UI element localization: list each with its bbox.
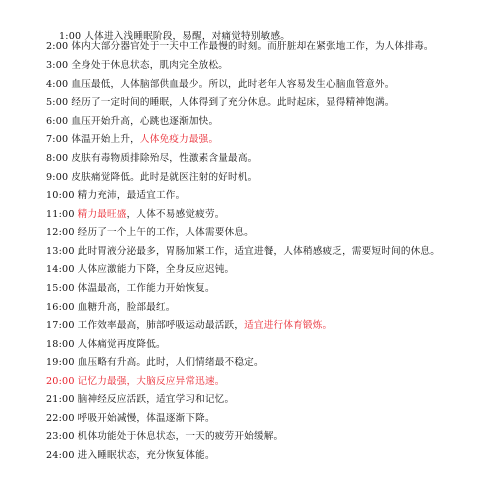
entry-text: 体温最高，工作能力开始恢复。 — [78, 283, 215, 294]
entry-time: 12:00 — [46, 227, 75, 238]
entry-23: 23:00机体功能处于休息状态，一天的疲劳开始缓解。 — [46, 431, 283, 443]
entry-8: 8:00皮肤有毒物质排除殆尽，性激素含量最高。 — [46, 153, 257, 165]
entry-16: 16:00血糖升高，脸部最红。 — [46, 302, 176, 314]
document-page: 1:00人体进入浅睡眠阶段，易醒，对痛觉特别敏感。 2:00体内大部分器官处于一… — [0, 0, 495, 495]
entry-text: 脑神经反应活跃，适宜学习和记忆。 — [78, 394, 235, 405]
entry-text: 全身处于休息状态，肌肉完全放松。 — [71, 60, 228, 71]
highlight-text: 人体免疫力最强。 — [140, 134, 218, 145]
entry-21: 21:00脑神经反应活跃，适宜学习和记忆。 — [46, 394, 234, 406]
entry-text: 人体应激能力下降，全身反应迟钝。 — [78, 264, 235, 275]
entry-text: 血压略有升高。此时，人们情绪最不稳定。 — [78, 357, 264, 368]
entry-time: 14:00 — [46, 264, 75, 275]
entry-time: 10:00 — [46, 190, 75, 201]
highlight-text: 适宜进行体育锻炼。 — [244, 320, 332, 331]
entry-15: 15:00体温最高，工作能力开始恢复。 — [46, 283, 215, 295]
entry-text: 血压开始升高，心跳也逐渐加快。 — [71, 116, 218, 127]
entry-text: 经历了一个上午的工作，人体需要休息。 — [78, 227, 254, 238]
entry-text: 工作效率最高，肺部呼吸运动最活跃， — [78, 320, 245, 331]
entry-text: 人体痛觉再度降低。 — [78, 339, 166, 350]
entry-time: 23:00 — [46, 431, 75, 442]
entry-time: 3:00 — [46, 60, 68, 71]
entry-20: 20:00记忆力最强，大脑反应异常迅速。 — [46, 376, 225, 388]
entry-time: 5:00 — [46, 97, 68, 108]
entry-time: 7:00 — [46, 134, 68, 145]
entry-10: 10:00精力充沛，最适宜工作。 — [46, 190, 185, 202]
entry-text: 皮肤有毒物质排除殆尽，性激素含量最高。 — [71, 153, 257, 164]
entry-11: 11:00精力最旺盛，人体不易感觉疲劳。 — [46, 209, 225, 221]
entry-5: 5:00经历了一定时间的睡眠，人体得到了充分休息。此时起床，显得精神饱满。 — [46, 97, 395, 109]
entry-9: 9:00皮肤痛觉降低。此时是就医注射的好时机。 — [46, 172, 257, 184]
entry-text: 精力充沛，最适宜工作。 — [78, 190, 186, 201]
highlight-text: 记忆力最强，大脑反应异常迅速。 — [78, 376, 225, 387]
entry-time: 6:00 — [46, 116, 68, 127]
entry-time: 24:00 — [46, 450, 75, 461]
highlight-text: 精力最旺盛 — [78, 209, 127, 220]
entry-text: 此时胃液分泌最多，胃肠加紧工作，适宜进餐，人体稍感疲乏，需要短时间的休息。 — [78, 246, 440, 257]
entry-3: 3:00全身处于休息状态，肌肉完全放松。 — [46, 60, 228, 72]
entry-time: 19:00 — [46, 357, 75, 368]
entry-17: 17:00工作效率最高，肺部呼吸运动最活跃，适宜进行体育锻炼。 — [46, 320, 332, 332]
entry-18: 18:00人体痛觉再度降低。 — [46, 339, 166, 351]
entry-text: 体温开始上升， — [71, 134, 140, 145]
entry-7: 7:00体温开始上升，人体免疫力最强。 — [46, 134, 218, 146]
entry-time: 20:00 — [46, 376, 75, 387]
entry-6: 6:00血压开始升高，心跳也逐渐加快。 — [46, 116, 218, 128]
entry-text: 血压最低，人体脑部供血最少。所以，此时老年人容易发生心脑血管意外。 — [71, 79, 394, 90]
entry-time: 22:00 — [46, 413, 75, 424]
entry-4: 4:00血压最低，人体脑部供血最少。所以，此时老年人容易发生心脑血管意外。 — [46, 79, 395, 91]
entry-2: 2:00体内大部分器官处于一天中工作最慢的时刻。而肝脏却在紧张地工作，为人体排毒… — [46, 41, 434, 53]
entry-time: 9:00 — [46, 172, 68, 183]
entry-time: 4:00 — [46, 79, 68, 90]
entry-text: 经历了一定时间的睡眠，人体得到了充分休息。此时起床，显得精神饱满。 — [71, 97, 394, 108]
entry-time: 8:00 — [46, 153, 68, 164]
entry-time: 13:00 — [46, 246, 75, 257]
entry-22: 22:00呼吸开始减慢，体温逐渐下降。 — [46, 413, 215, 425]
entry-text: 血糖升高，脸部最红。 — [78, 302, 176, 313]
entry-time: 21:00 — [46, 394, 75, 405]
entry-text: 体内大部分器官处于一天中工作最慢的时刻。而肝脏却在紧张地工作，为人体排毒。 — [71, 41, 433, 52]
entry-time: 15:00 — [46, 283, 75, 294]
entry-19: 19:00血压略有升高。此时，人们情绪最不稳定。 — [46, 357, 264, 369]
entry-time: 2:00 — [46, 41, 68, 52]
entry-time: 17:00 — [46, 320, 75, 331]
entry-time: 18:00 — [46, 339, 75, 350]
entry-text: 进入睡眠状态，充分恢复体能。 — [78, 450, 215, 461]
entry-time: 16:00 — [46, 302, 75, 313]
entry-14: 14:00人体应激能力下降，全身反应迟钝。 — [46, 264, 234, 276]
entry-time: 11:00 — [46, 209, 75, 220]
entry-13: 13:00此时胃液分泌最多，胃肠加紧工作，适宜进餐，人体稍感疲乏，需要短时间的休… — [46, 246, 440, 258]
entry-text: 机体功能处于休息状态，一天的疲劳开始缓解。 — [78, 431, 284, 442]
entry-text: 皮肤痛觉降低。此时是就医注射的好时机。 — [71, 172, 257, 183]
entry-text: 呼吸开始减慢，体温逐渐下降。 — [78, 413, 215, 424]
entry-text: ，人体不易感觉疲劳。 — [127, 209, 225, 220]
entry-24: 24:00进入睡眠状态，充分恢复体能。 — [46, 450, 215, 462]
entry-12: 12:00经历了一个上午的工作，人体需要休息。 — [46, 227, 254, 239]
